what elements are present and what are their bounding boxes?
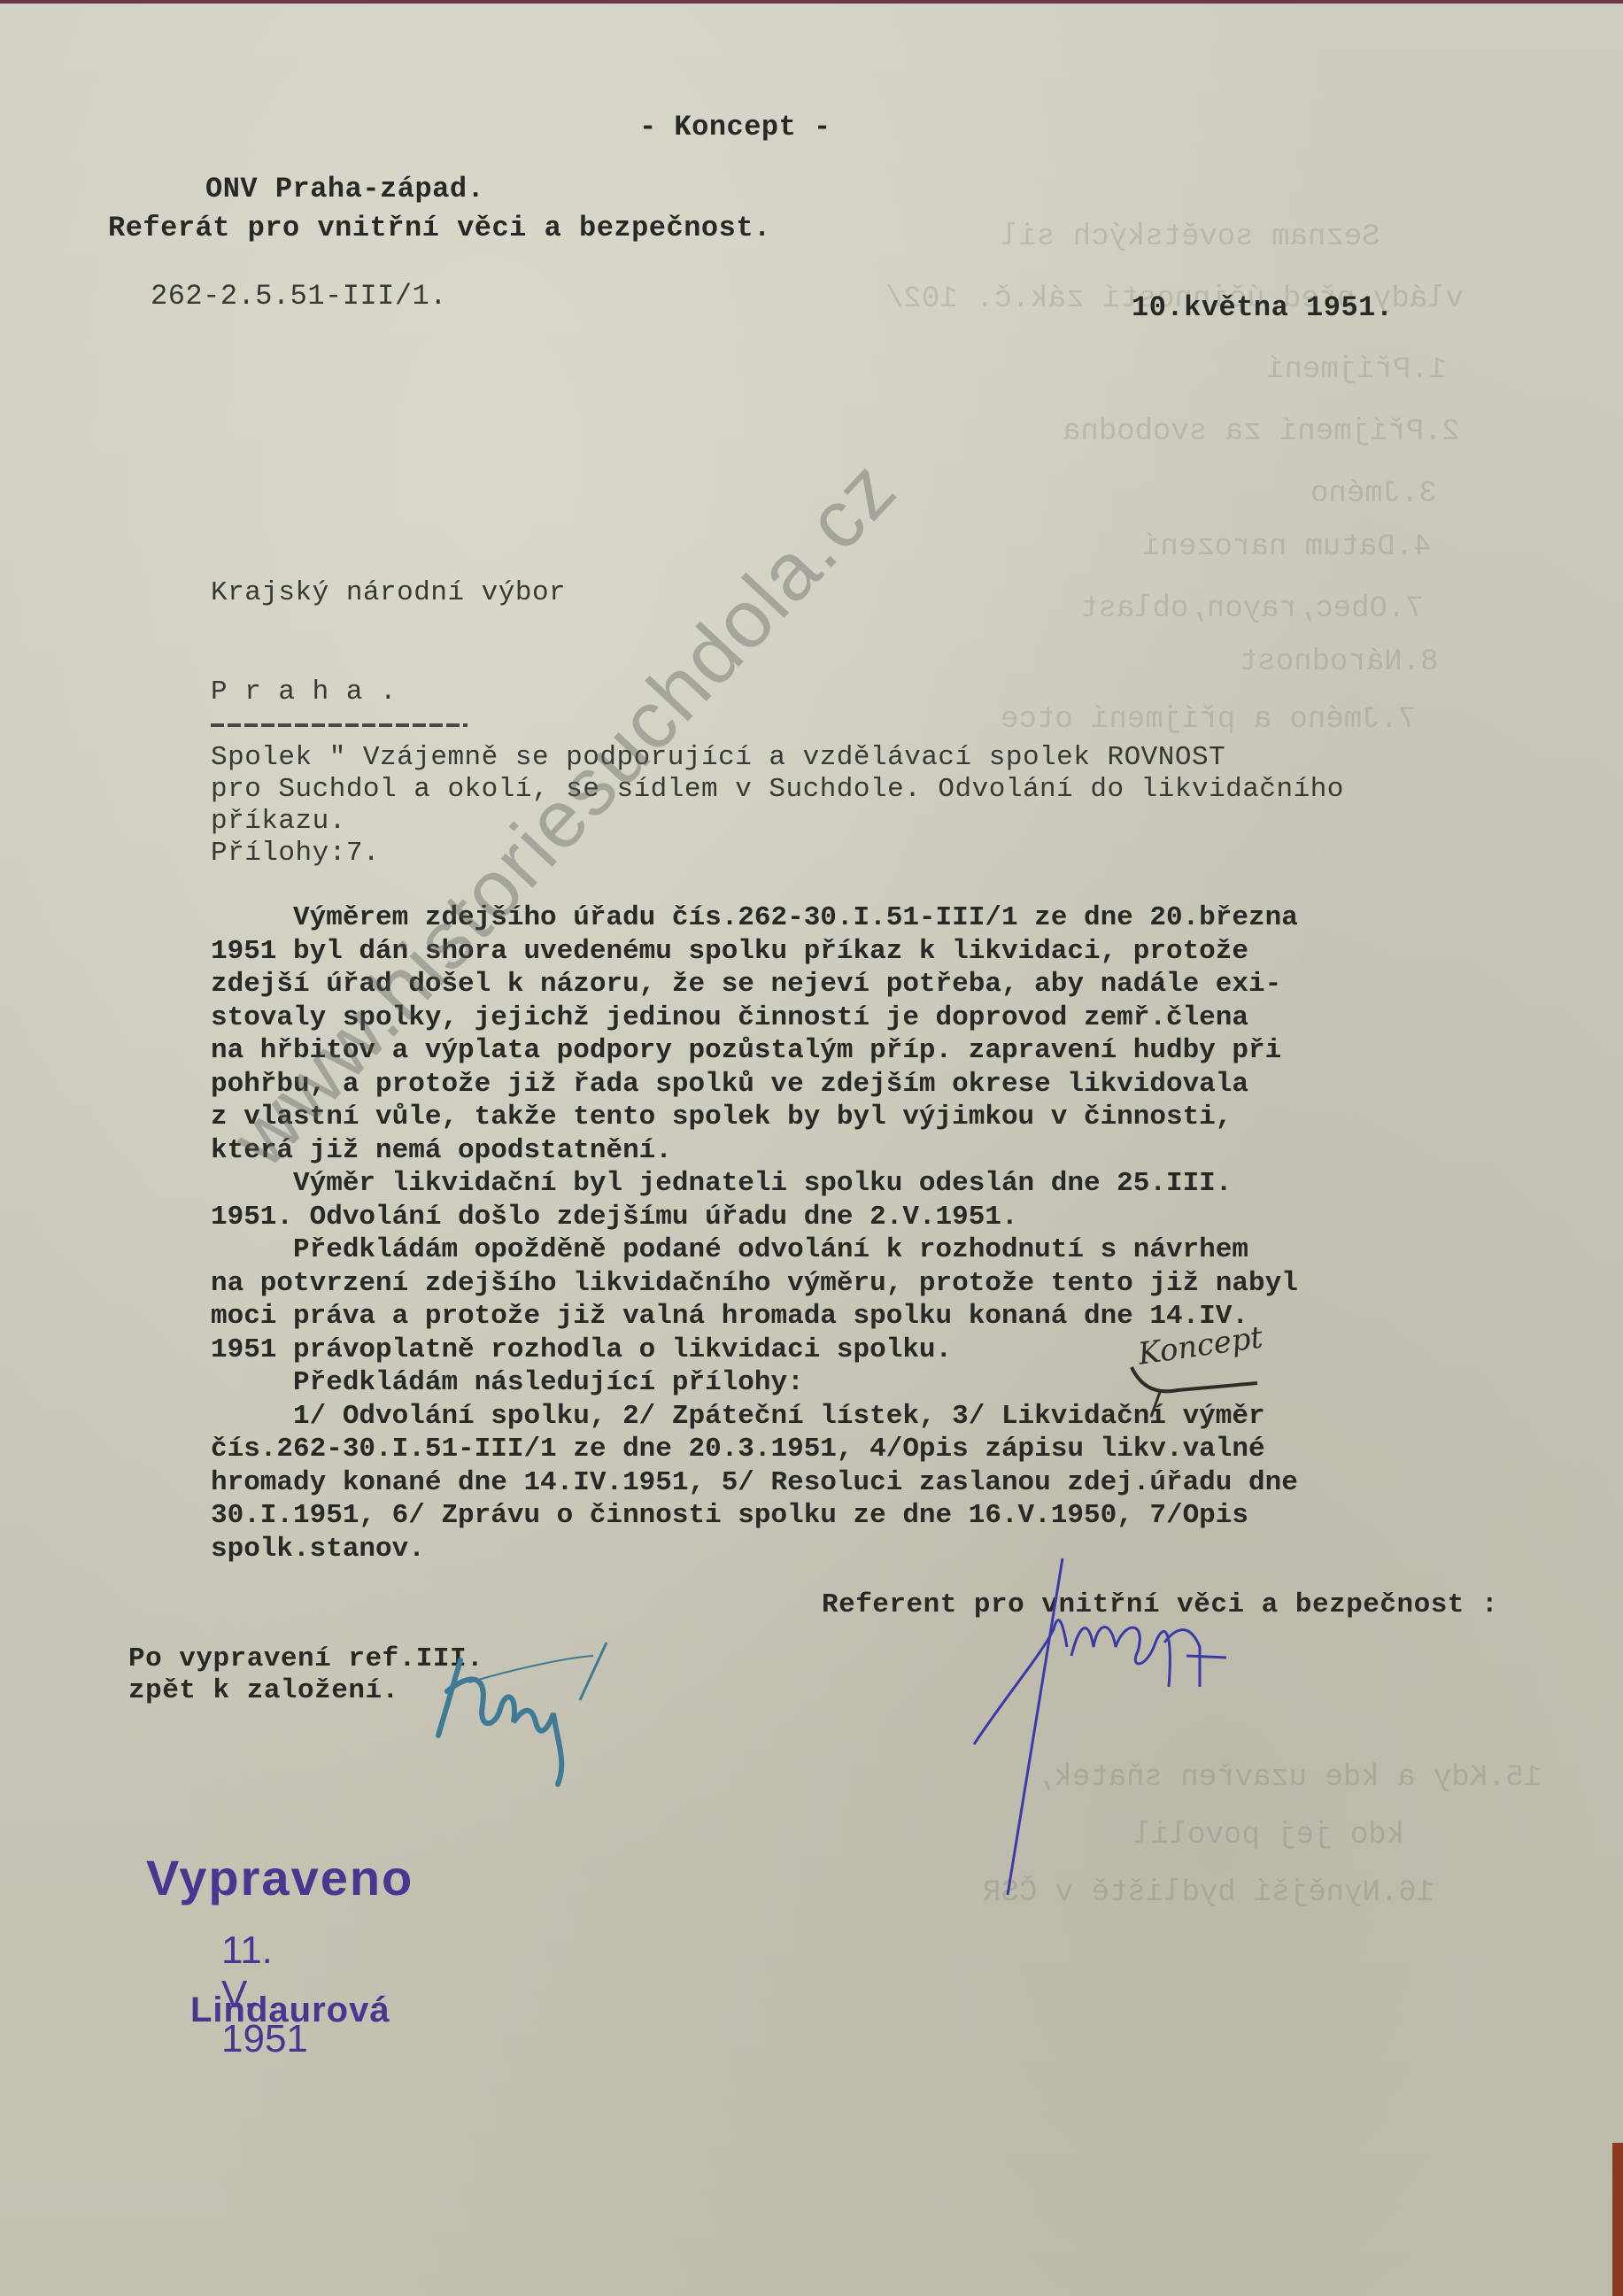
bleed-through-line: 3.Jméno (1310, 478, 1437, 511)
body-line: Předkládám následující přílohy: (211, 1366, 1557, 1400)
body-line: spolk.stanov. (211, 1533, 1557, 1566)
body-line: pohřbu, a protože již řada spolků ve zde… (211, 1068, 1557, 1102)
subject-line: příkazu. (211, 806, 346, 839)
reference-number: 262-2.5.51-III/1. (151, 281, 447, 313)
page-right-edge (1612, 2143, 1623, 2296)
body-line: hromady konané dne 14.IV.1951, 5/ Resolu… (211, 1466, 1557, 1500)
referent-signature-icon (956, 1558, 1310, 1895)
recipient-city: P r a h a . (211, 676, 397, 709)
sender-department: Referát pro vnitřní věci a bezpečnost. (108, 213, 771, 245)
body-line: na potvrzení zdejšího likvidačního výměr… (211, 1267, 1557, 1301)
subject-line: Spolek " Vzájemně se podporující a vzděl… (211, 742, 1225, 775)
bleed-through-line: 2.Příjmení za svobodna (1063, 416, 1460, 449)
body-line: která již nemá opodstatnění. (211, 1134, 1557, 1168)
subject-line: pro Suchdol a okolí, se sídlem v Suchdol… (211, 774, 1344, 807)
body-line: 1951. Odvolání došlo zdejšímu úřadu dne … (211, 1201, 1557, 1234)
page-top-edge (0, 0, 1623, 4)
recipient-underline (211, 723, 468, 727)
draft-label: - Koncept - (639, 112, 831, 144)
body-line: Předkládám opožděně podané odvolání k ro… (211, 1233, 1557, 1267)
stamp-clerk: Lindaurová (190, 1991, 390, 2030)
body-line: z vlastní vůle, takže tento spolek by by… (211, 1101, 1557, 1134)
routing-note-line: Po vypravení ref.III. (128, 1643, 483, 1675)
insertion-mark-icon (1125, 1364, 1302, 1417)
body-line: 30.I.1951, 6/ Zprávu o činnosti spolku z… (211, 1499, 1557, 1533)
body-line: čís.262-30.I.51-III/1 ze dne 20.3.1951, … (211, 1433, 1557, 1466)
bleed-through-line: 1.Příjmení (1266, 354, 1447, 387)
recipient-name: Krajský národní výbor (211, 577, 566, 610)
routing-note-line: zpět k založení. (128, 1675, 399, 1707)
document-date: 10.května 1951. (1132, 292, 1394, 325)
bleed-through-line: 7.Jméno a příjmení otce (1001, 704, 1416, 737)
body-line: 1/ Odvolání spolku, 2/ Zpáteční lístek, … (211, 1400, 1557, 1434)
stamp-label: Vypraveno (146, 1849, 413, 1906)
body-line: Výměr likvidační byl jednateli spolku od… (211, 1167, 1557, 1201)
bleed-through-line: Seznam sovětských sil (1001, 221, 1380, 254)
bleed-through-line: 4.Datum narození (1142, 531, 1431, 564)
body-line: 1951 právoplatně rozhodla o likvidaci sp… (211, 1334, 1557, 1367)
sender-office: ONV Praha-západ. (205, 174, 484, 206)
initials-signature-icon (434, 1638, 629, 1806)
bleed-through-line: 8.Národnost (1240, 646, 1438, 679)
bleed-through-line: 7.Obec,rayon,oblast (1080, 593, 1424, 626)
attachments-count: Přílohy:7. (211, 838, 380, 870)
body-line: moci práva a protože již valná hromada s… (211, 1300, 1557, 1334)
